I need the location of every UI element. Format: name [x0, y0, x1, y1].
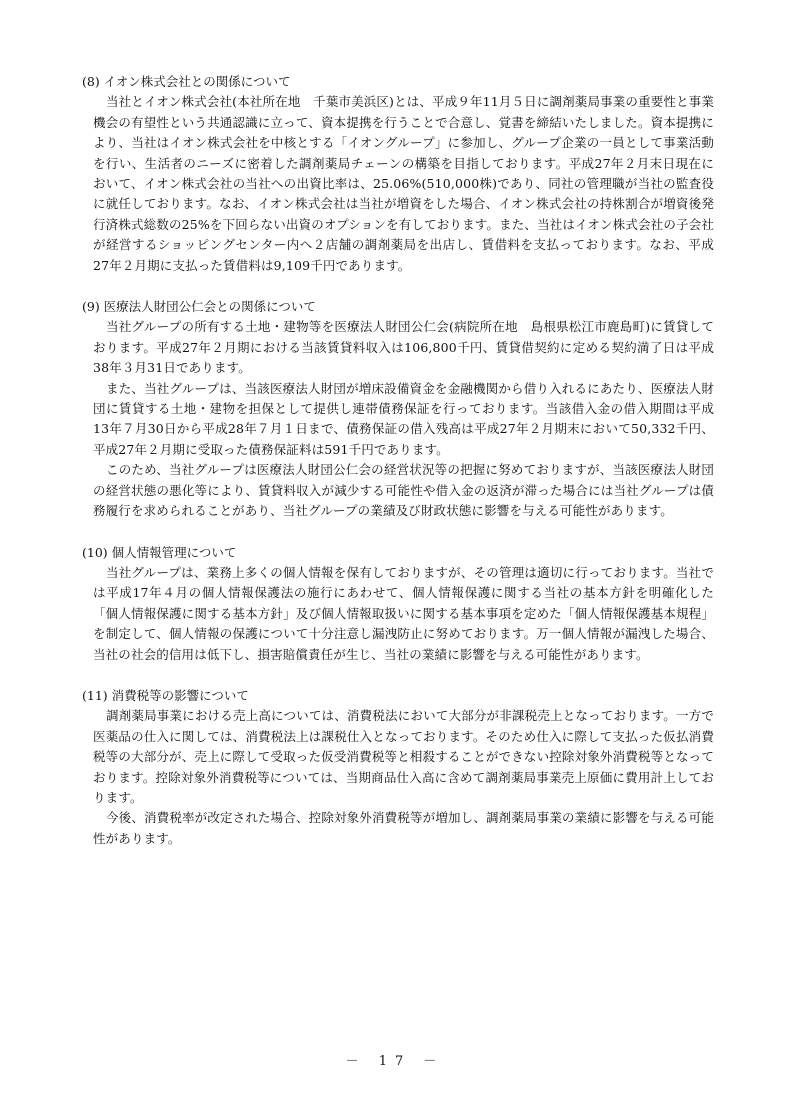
paragraph: 当社グループの所有する土地・建物等を医療法人財団公仁会(病院所在地 島根県松江市… [82, 317, 714, 378]
section-heading: (9) 医療法人財団公仁会との関係について [82, 297, 714, 317]
section-heading: (11) 消費税等の影響について [82, 686, 714, 706]
paragraph: 当社グループは、業務上多くの個人情報を保有しておりますが、その管理は適切に行って… [82, 563, 714, 665]
page-number: － 17 － [0, 1050, 790, 1069]
paragraph: このため、当社グループは医療法人財団公仁会の経営状況等の把握に努めておりますが、… [82, 460, 714, 521]
paragraph: また、当社グループは、当該医療法人財団が増床設備資金を金融機関から借り入れるにあ… [82, 379, 714, 461]
section-personal-info: (10) 個人情報管理について 当社グループは、業務上多くの個人情報を保有してお… [82, 543, 714, 665]
section-koujinkai-relationship: (9) 医療法人財団公仁会との関係について 当社グループの所有する土地・建物等を… [82, 297, 714, 521]
section-heading: (10) 個人情報管理について [82, 543, 714, 563]
document-page: (8) イオン株式会社との関係について 当社とイオン株式会社(本社所在地 千葉市… [82, 72, 714, 870]
section-heading: (8) イオン株式会社との関係について [82, 72, 714, 92]
section-aeon-relationship: (8) イオン株式会社との関係について 当社とイオン株式会社(本社所在地 千葉市… [82, 72, 714, 276]
section-consumption-tax: (11) 消費税等の影響について 調剤薬局事業における売上高については、消費税法… [82, 686, 714, 849]
paragraph: 当社とイオン株式会社(本社所在地 千葉市美浜区)とは、平成９年11月５日に調剤薬… [82, 92, 714, 276]
paragraph: 今後、消費税率が改定された場合、控除対象外消費税等が増加し、調剤薬局事業の業績に… [82, 808, 714, 849]
paragraph: 調剤薬局事業における売上高については、消費税法において大部分が非課税売上となって… [82, 706, 714, 808]
